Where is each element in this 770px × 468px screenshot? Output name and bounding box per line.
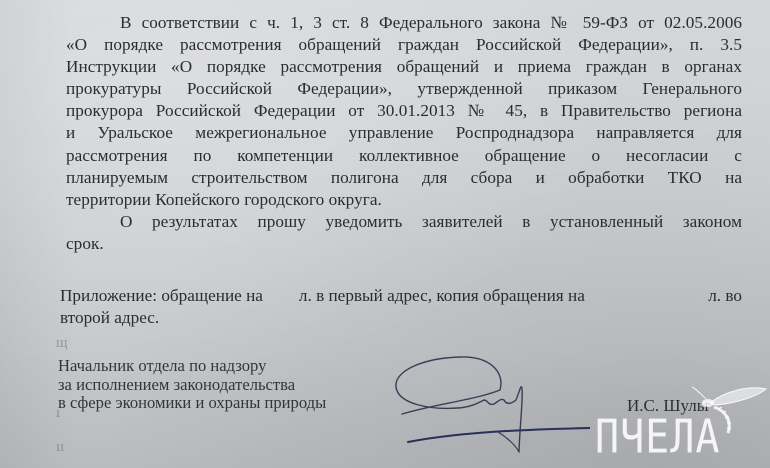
appendix-line-2: второй адрес. (60, 307, 742, 329)
text-line: В соответствии с ч. 1, 3 ст. 8 Федеральн… (66, 12, 742, 34)
text-line: О результатах прошу уведомить заявителей… (66, 211, 742, 233)
signer-title-line: за исполнением законодательства (58, 376, 326, 395)
text-line: «О порядке рассмотрения обращений гражда… (66, 34, 742, 56)
margin-mark: ıı (56, 437, 68, 457)
appendix-text: Приложение: обращение нал. в первый адре… (60, 285, 625, 307)
paragraph-request: О результатах прошу уведомить заявителей… (66, 211, 742, 255)
text-line: прокуратуры Российской Федерации», утвер… (66, 78, 742, 100)
appendix-line-1: Приложение: обращение нал. в первый адре… (60, 285, 742, 307)
appendix-copy: л. в первый адрес, копия обращения на (299, 286, 585, 305)
signer-title: Начальник отдела по надзору за исполнени… (58, 357, 326, 413)
margin-mark: щ (56, 333, 68, 353)
text-line: срок. (66, 233, 742, 255)
signer-title-line: Начальник отдела по надзору (58, 357, 326, 376)
paragraph-legal-basis: В соответствии с ч. 1, 3 ст. 8 Федеральн… (66, 12, 742, 211)
appendix-note: Приложение: обращение нал. в первый адре… (60, 285, 742, 329)
text-line: рассмотрения по компетенции коллективное… (66, 145, 742, 167)
text-line: планируемым строительством полигона для … (66, 167, 742, 189)
text-line: Инструкции «О порядке рассмотрения обращ… (66, 56, 742, 78)
appendix-label: Приложение: обращение на (60, 286, 263, 305)
signer-title-line: в сфере экономики и охраны природы (58, 394, 326, 413)
watermark-logo: ПЧЕЛА (595, 412, 720, 463)
handwritten-signature (380, 342, 590, 468)
text-line: и Уральское межрегиональное управление Р… (66, 122, 742, 144)
text-line: территории Копейского городского округа. (66, 189, 742, 211)
appendix-end: л. во (708, 285, 742, 307)
text-line: прокурора Российской Федерации от 30.01.… (66, 100, 742, 122)
letter-body: В соответствии с ч. 1, 3 ст. 8 Федеральн… (66, 12, 742, 255)
